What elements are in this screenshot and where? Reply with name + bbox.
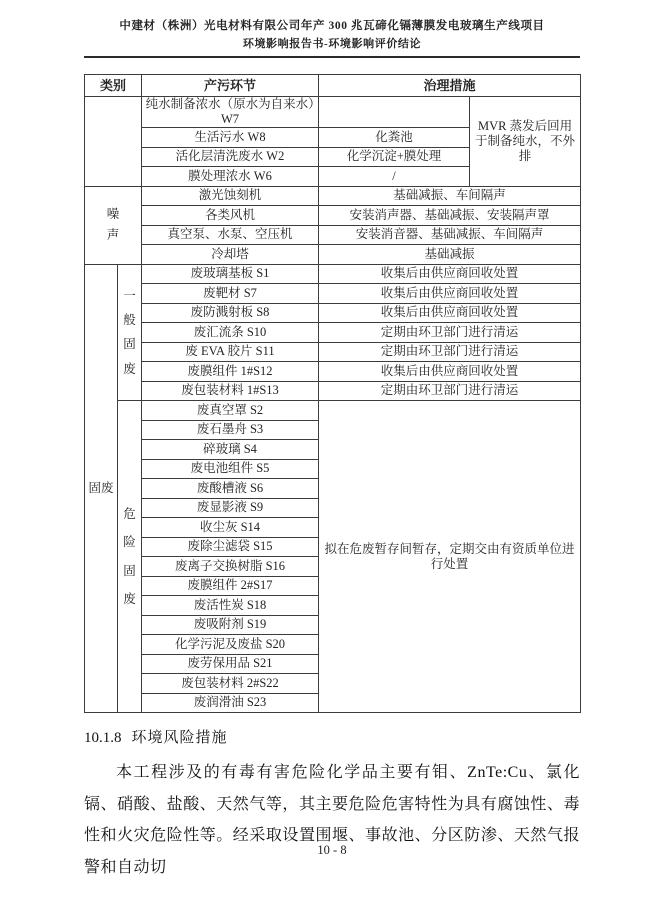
source-cell: 废膜组件 1#S12	[142, 362, 319, 382]
source-cell: 活化层清洗废水 W2	[142, 147, 319, 167]
measure-cell: 收集后由供应商回收处置	[319, 264, 581, 284]
header-report-subtitle: 环境影响报告书-环境影响评价结论	[84, 38, 580, 51]
source-cell: 废包装材料 2#S22	[142, 674, 319, 694]
measure-cell: 定期由环卫部门进行清运	[319, 381, 581, 401]
measure-cell: 化粪池	[319, 128, 470, 148]
table-header-row: 类别 产污环节 治理措施	[85, 75, 581, 97]
measure-cell: 定期由环卫部门进行清运	[319, 323, 581, 343]
source-cell: 废吸附剂 S19	[142, 615, 319, 635]
section-number: 10.1.8	[84, 730, 122, 746]
source-cell: 废汇流条 S10	[142, 323, 319, 343]
table-row: 废膜组件 1#S12 收集后由供应商回收处置	[85, 362, 581, 382]
source-cell: 废电池组件 S5	[142, 459, 319, 479]
source-cell: 纯水制备浓水（原水为自来水）W7	[142, 97, 319, 128]
source-cell: 废除尘滤袋 S15	[142, 537, 319, 557]
measure-cell: 化学沉淀+膜处理	[319, 147, 470, 167]
source-cell: 碎玻璃 S4	[142, 440, 319, 460]
source-cell: 废防溅射板 S8	[142, 303, 319, 323]
source-cell: 废润滑油 S23	[142, 693, 319, 713]
page-number: 10 - 8	[0, 843, 664, 858]
table-row: 废 EVA 胶片 S11 定期由环卫部门进行清运	[85, 342, 581, 362]
shared-measure-mvr-cell: MVR 蒸发后回用于制备纯水，不外排	[470, 97, 581, 187]
measure-cell: 基础减振、车间隔声	[319, 186, 581, 206]
table-row: 废汇流条 S10 定期由环卫部门进行清运	[85, 323, 581, 343]
header-rule	[84, 56, 580, 58]
measure-cell: 收集后由供应商回收处置	[319, 303, 581, 323]
category-noise-cell: 噪声	[85, 186, 142, 264]
measure-cell: 收集后由供应商回收处置	[319, 284, 581, 304]
column-header-measure: 治理措施	[319, 75, 581, 97]
source-cell: 激光蚀刻机	[142, 186, 319, 206]
table-row: 固废 一般固废 废玻璃基板 S1 收集后由供应商回收处置	[85, 264, 581, 284]
category-solid-waste-cell: 固废	[85, 264, 118, 713]
body-paragraph: 本工程涉及的有毒有害危险化学品主要有钼、ZnTe:Cu、氯化镉、硝酸、盐酸、天然…	[84, 757, 580, 883]
table-row: 废防溅射板 S8 收集后由供应商回收处置	[85, 303, 581, 323]
source-cell: 真空泵、水泵、空压机	[142, 225, 319, 245]
shared-measure-hazardous-cell: 拟在危废暂存间暂存，定期交由有资质单位进行处置	[319, 401, 581, 713]
table-row: 废包装材料 1#S13 定期由环卫部门进行清运	[85, 381, 581, 401]
source-cell: 生活污水 W8	[142, 128, 319, 148]
source-cell: 废劳保用品 S21	[142, 654, 319, 674]
column-header-source: 产污环节	[142, 75, 319, 97]
table-row: 真空泵、水泵、空压机 安装消音器、基础减振、车间隔声	[85, 225, 581, 245]
subcategory-hazardous-solid-waste-cell: 危险固废	[118, 401, 142, 713]
category-noise-label: 噪声	[106, 204, 120, 247]
source-cell: 废石墨舟 S3	[142, 420, 319, 440]
source-cell: 废靶材 S7	[142, 284, 319, 304]
table-row: 冷却塔 基础减振	[85, 245, 581, 265]
source-cell: 冷却塔	[142, 245, 319, 265]
source-cell: 废膜组件 2#S17	[142, 576, 319, 596]
source-cell: 膜处理浓水 W6	[142, 167, 319, 187]
source-cell: 废真空罩 S2	[142, 401, 319, 421]
category-wastewater-cell	[85, 97, 142, 187]
column-header-category: 类别	[85, 75, 142, 97]
source-cell: 收尘灰 S14	[142, 518, 319, 538]
table-row: 危险固废 废真空罩 S2 拟在危废暂存间暂存，定期交由有资质单位进行处置	[85, 401, 581, 421]
source-cell: 废酸槽液 S6	[142, 479, 319, 499]
source-cell: 废包装材料 1#S13	[142, 381, 319, 401]
section-title: 环境风险措施	[132, 730, 228, 746]
header-project-title: 中建材（株洲）光电材料有限公司年产 300 兆瓦碲化镉薄膜发电玻璃生产线项目	[84, 19, 580, 33]
table-row: 纯水制备浓水（原水为自来水）W7 MVR 蒸发后回用于制备纯水，不外排	[85, 97, 581, 128]
source-cell: 废显影液 S9	[142, 498, 319, 518]
table-row: 废靶材 S7 收集后由供应商回收处置	[85, 284, 581, 304]
source-cell: 废活性炭 S18	[142, 596, 319, 616]
measure-cell: /	[319, 167, 470, 187]
measure-cell: 定期由环卫部门进行清运	[319, 342, 581, 362]
page-content: 中建材（株洲）光电材料有限公司年产 300 兆瓦碲化镉薄膜发电玻璃生产线项目 环…	[84, 0, 580, 883]
subcategory-general-label: 一般固废	[122, 284, 136, 382]
measure-cell	[319, 97, 470, 128]
measure-cell: 安装消音器、基础减振、车间隔声	[319, 225, 581, 245]
section-heading: 10.1.8环境风险措施	[84, 726, 580, 747]
pollution-treatment-table: 类别 产污环节 治理措施 纯水制备浓水（原水为自来水）W7 MVR 蒸发后回用于…	[84, 74, 581, 713]
measure-cell: 安装消声器、基础减振、安装隔声罩	[319, 206, 581, 226]
source-cell: 废离子交换树脂 S16	[142, 557, 319, 577]
subcategory-hazardous-label: 危险固废	[122, 500, 136, 613]
measure-cell: 收集后由供应商回收处置	[319, 362, 581, 382]
source-cell: 化学污泥及废盐 S20	[142, 635, 319, 655]
source-cell: 废玻璃基板 S1	[142, 264, 319, 284]
source-cell: 各类风机	[142, 206, 319, 226]
source-cell: 废 EVA 胶片 S11	[142, 342, 319, 362]
document-page: { "page": { "header_line1": "中建材（株洲）光电材料…	[0, 0, 664, 920]
table-row: 各类风机 安装消声器、基础减振、安装隔声罩	[85, 206, 581, 226]
table-row: 噪声 激光蚀刻机 基础减振、车间隔声	[85, 186, 581, 206]
measure-cell: 基础减振	[319, 245, 581, 265]
subcategory-general-solid-waste-cell: 一般固废	[118, 264, 142, 401]
running-header: 中建材（株洲）光电材料有限公司年产 300 兆瓦碲化镉薄膜发电玻璃生产线项目 环…	[84, 0, 580, 58]
